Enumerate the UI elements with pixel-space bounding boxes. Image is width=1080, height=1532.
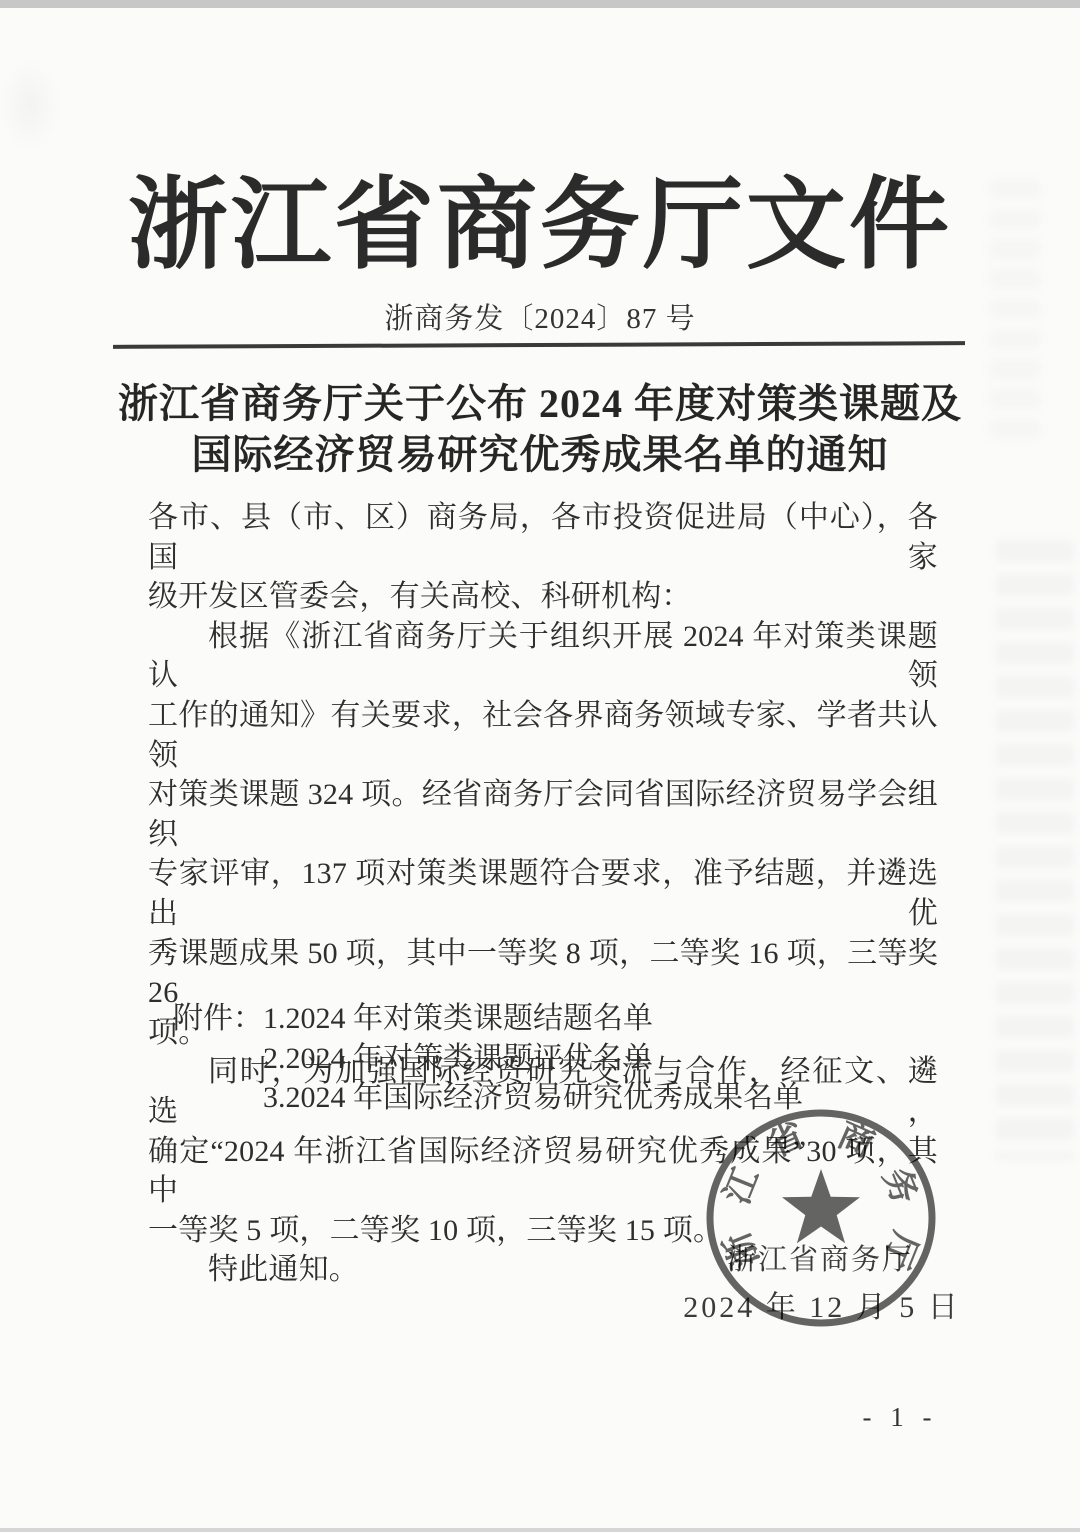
document-title-line1: 浙江省商务厅关于公布 2024 年度对策类课题及 [90,378,990,429]
document-title-line2: 国际经济贸易研究优秀成果名单的通知 [90,429,990,480]
seal-star-icon [782,1169,860,1243]
document-title: 浙江省商务厅关于公布 2024 年度对策类课题及 国际经济贸易研究优秀成果名单的… [90,378,990,480]
body-line: 各市、县（市、区）商务局，各市投资促进局（中心），各国家 [148,498,938,577]
agency-banner: 浙江省商务厅文件 [0,160,1080,292]
header-divider-rule [113,341,965,349]
body-line: 工作的通知》有关要求，社会各界商务领域专家、学者共认领 [148,696,938,775]
scan-ghosting [0,60,60,150]
document-number: 浙商务发〔2024〕87 号 [0,296,1080,337]
body-line: 根据《浙江省商务厅关于组织开展 2024 年对策类课题认领 [148,617,938,696]
scan-ghosting [996,540,1074,1160]
attachment-item: 1.2024 年对策类课题结题名单 [263,999,803,1039]
page-number: - 1 - [840,1402,960,1433]
attachments-label: 附件： [173,999,263,1118]
body-line: 级开发区管委会，有关高校、科研机构： [148,577,938,617]
body-line: 专家评审，137 项对策类课题符合要求，准予结题，并遴选出优 [148,854,938,933]
official-seal: 浙 江 省 商 务 厅 [701,1098,941,1338]
scan-edge-bottom [0,1528,1080,1532]
body-line: 对策类课题 324 项。经省商务厅会同省国际经济贸易学会组织 [148,775,938,854]
attachment-item: 2.2024 年对策类课题评优名单 [263,1039,803,1079]
scan-edge-top [0,0,1080,8]
